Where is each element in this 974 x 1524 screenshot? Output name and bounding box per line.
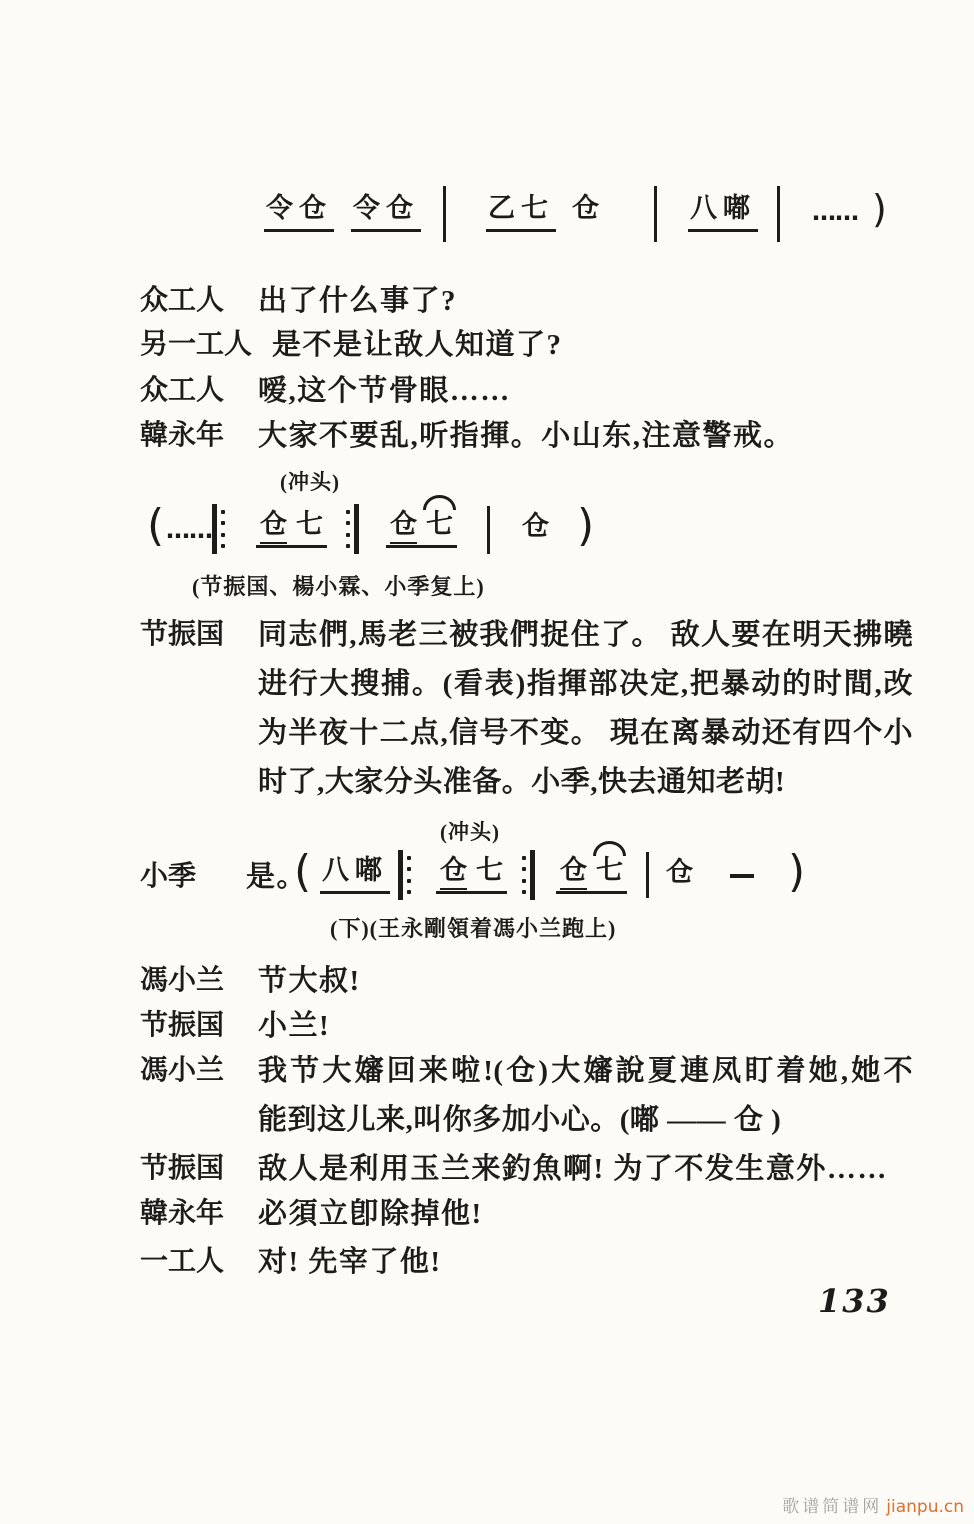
note-cang: 仓 — [260, 509, 287, 544]
stage-direction: (下)(王永剛領着馮小兰跑上) — [330, 912, 616, 943]
barline-icon — [654, 186, 657, 242]
speaker-name: 众工人 — [140, 372, 236, 408]
dialogue-line: 嗳,这个节骨眼…… — [258, 372, 511, 410]
ellipsis: …… — [166, 516, 212, 544]
tie-arc-icon: 七 — [596, 856, 623, 886]
dialogue-line: 大家不要乱,听指揮。小山东,注意警戒。 — [258, 417, 794, 455]
barline-icon — [777, 186, 780, 242]
note-qi: 七 — [296, 510, 323, 540]
percussion-group: 令仓 — [351, 194, 421, 232]
percussion-group: 仓 — [666, 858, 699, 888]
speaker-name: 节振国 — [140, 1150, 236, 1186]
speaker-name: 韓永年 — [140, 417, 236, 453]
stage-direction: (节振国、楊小霖、小季复上) — [192, 570, 485, 601]
percussion-group: 乙七 — [486, 194, 556, 232]
note-cang: 仓 — [440, 855, 467, 890]
close-paren: ) — [577, 500, 594, 552]
barline-icon — [646, 852, 649, 898]
speaker-name: 馮小兰 — [140, 1052, 236, 1088]
dialogue-line: 同志們,馬老三被我們捉住了。 敌人要在明天拂曉 — [258, 616, 913, 654]
repeat-sign-right-icon — [346, 504, 359, 554]
speaker-name: 馮小兰 — [140, 962, 236, 998]
speaker-name: 一工人 — [140, 1243, 236, 1279]
close-paren: ) — [872, 186, 887, 232]
percussion-label: (冲头) — [280, 466, 340, 496]
dialogue-line: 能到这儿来,叫你多加小心。(嘟 —— 仓 ) — [258, 1101, 913, 1139]
watermark-site-url: jianpu.cn — [886, 1497, 964, 1517]
barline-icon — [487, 506, 490, 554]
ellipsis: …… — [812, 198, 858, 226]
note-cang: 仓 — [390, 509, 417, 544]
percussion-group: 仓 — [522, 512, 555, 542]
dialogue-line: 小兰! — [258, 1007, 330, 1045]
dialogue-line: 必須立卽除掉他! — [258, 1195, 483, 1233]
percussion-group: 八嘟 — [688, 194, 758, 232]
dialogue-line: 时了,大家分头准备。小季,快去通知老胡! — [258, 763, 913, 801]
percussion-label: (冲头) — [440, 816, 500, 846]
repeat-sign-left-icon — [398, 850, 411, 900]
watermark-site-name: 歌谱简谱网 — [782, 1497, 882, 1517]
percussion-group: 仓 — [572, 194, 605, 224]
dialogue-line: 为半夜十二点,信号不变。 現在离暴动还有四个小 — [258, 714, 913, 752]
note-qi: 七 — [476, 856, 503, 886]
dialogue-line: 进行大搜捕。(看表)指揮部决定,把暴动的时間,改 — [258, 665, 913, 703]
note-cang: 仓 — [560, 855, 587, 890]
percussion-group: 八嘟 — [320, 856, 390, 894]
speaker-name: 众工人 — [140, 282, 236, 318]
open-paren: ( — [147, 500, 164, 552]
dialogue-line: 我节大嬸回来啦!(仓)大嬸說夏連凤盯着她,她不 — [258, 1052, 913, 1090]
watermark: 歌谱简谱网jianpu.cn — [782, 1492, 964, 1517]
tie-arc-icon: 七 — [426, 510, 453, 540]
dialogue-line: 对! 先宰了他! — [258, 1243, 442, 1281]
speaker-name: 节振国 — [140, 616, 236, 652]
speaker-name: 小季 — [140, 858, 236, 894]
repeat-sign-left-icon — [212, 504, 225, 554]
percussion-group: 令仓 — [264, 194, 334, 232]
repeat-sign-right-icon — [522, 850, 535, 900]
rest-dash-icon — [730, 874, 754, 878]
dialogue-line: 节大叔! — [258, 962, 361, 1000]
percussion-pair: 仓七 — [386, 510, 457, 548]
speaker-name: 另一工人 — [140, 326, 253, 362]
dialogue-line: 是不是让敌人知道了? — [272, 326, 563, 364]
close-paren: ) — [788, 846, 805, 898]
open-paren: ( — [294, 846, 311, 898]
speaker-name: 节振国 — [140, 1007, 236, 1043]
dialogue-line: 出了什么事了? — [258, 282, 457, 320]
page-number: 133 — [818, 1282, 891, 1320]
score-page: 令仓 令仓 乙七 仓 八嘟 …… ) 众工人 出了什么事了? 另一工人 是不是让… — [0, 0, 974, 1524]
percussion-pair: 仓七 — [556, 856, 627, 894]
speaker-name: 韓永年 — [140, 1195, 236, 1231]
percussion-pair: 仓七 — [256, 510, 327, 548]
percussion-pair: 仓七 — [436, 856, 507, 894]
dialogue-line: 敌人是利用玉兰来釣魚啊! 为了不发生意外…… — [258, 1150, 888, 1188]
barline-icon — [443, 186, 446, 242]
